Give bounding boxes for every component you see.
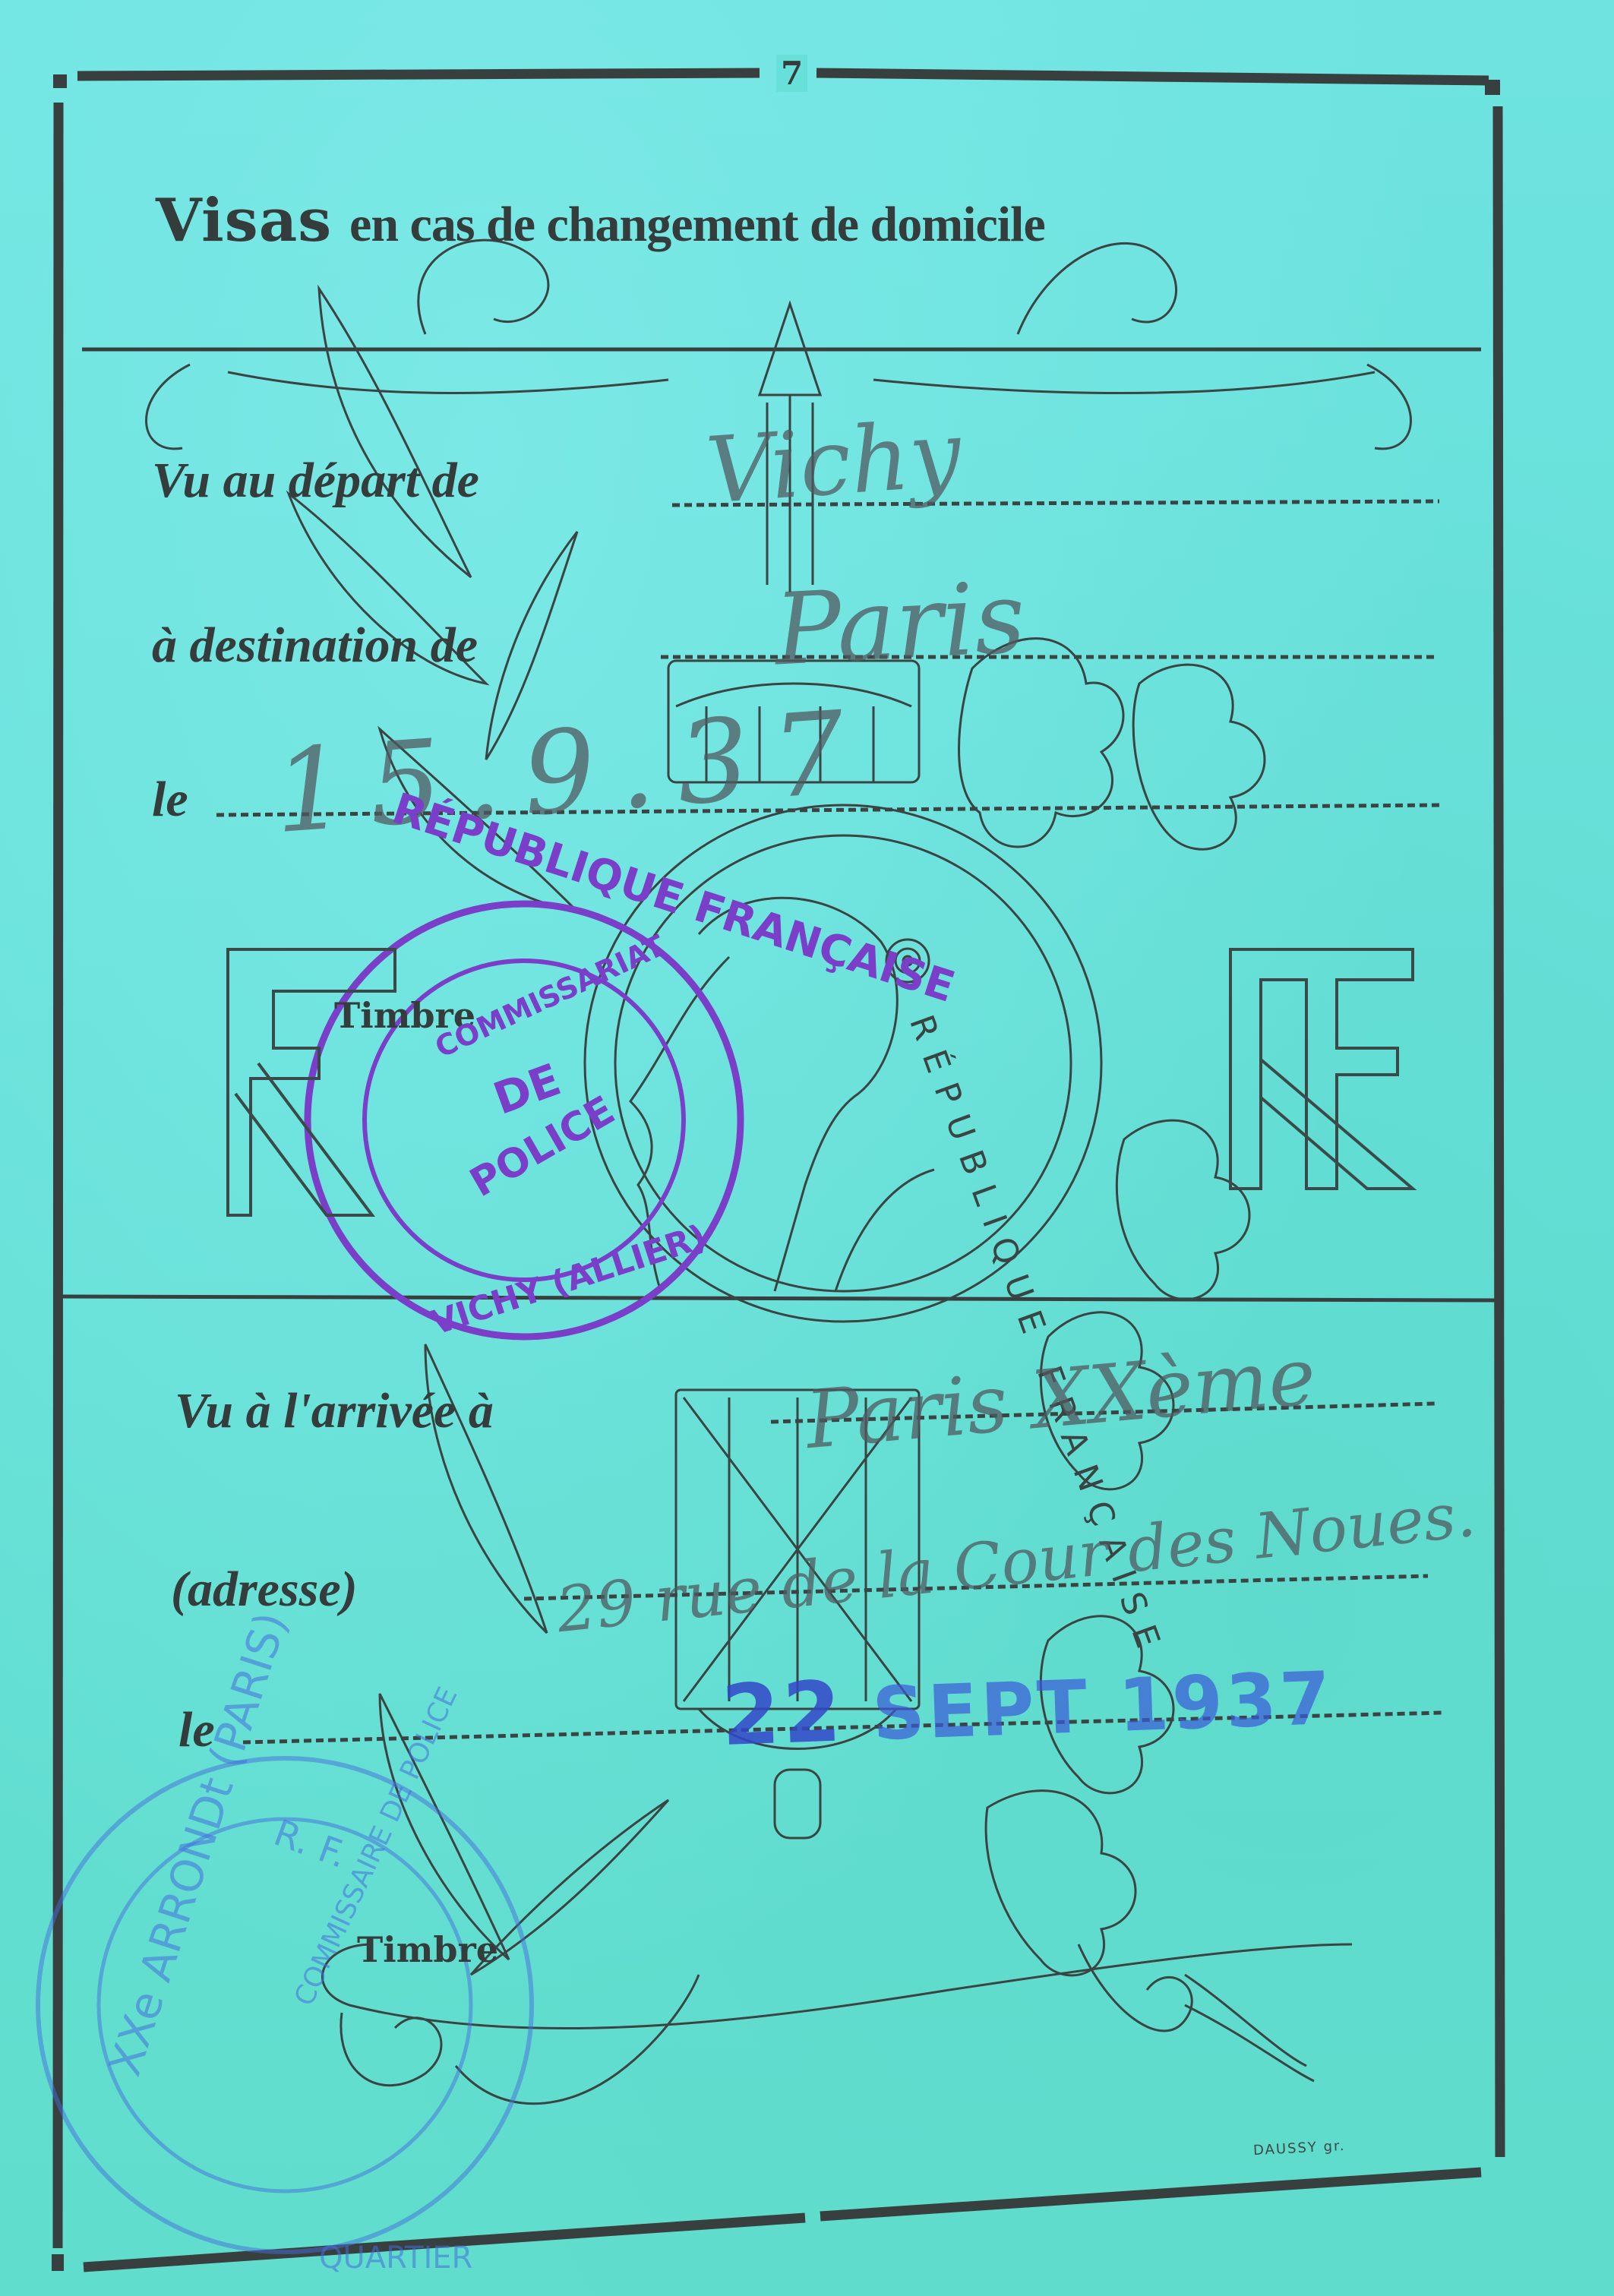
field-label-destination: à destination de bbox=[152, 617, 478, 674]
date-stamp-month-year: SEPT 1937 bbox=[871, 1656, 1335, 1757]
handwritten-departure-city: Vichy bbox=[703, 401, 965, 524]
title-emphasis: Visas bbox=[156, 186, 332, 255]
field-label-departure-date: le bbox=[152, 771, 188, 829]
title-rest: en cas de changement de domicile bbox=[349, 197, 1045, 252]
handwritten-destination-city: Paris bbox=[772, 559, 1028, 687]
date-stamp-day: 22 bbox=[720, 1663, 845, 1764]
stamp-label-arrival: Timbre bbox=[357, 1929, 498, 1970]
page-number: 7 bbox=[776, 55, 807, 92]
document-page: 7 Visas en cas de changement de domicile… bbox=[0, 0, 1614, 2296]
page-frame bbox=[52, 73, 1500, 2271]
paris-stamp-bottom-text: QUARTIER bbox=[319, 2241, 472, 2275]
page-title: Visas en cas de changement de domicile bbox=[156, 186, 1045, 255]
field-label-address: (adresse) bbox=[171, 1561, 358, 1619]
field-label-arrival: Vu à l'arrivée à bbox=[175, 1382, 494, 1440]
field-label-departure: Vu au départ de bbox=[152, 452, 479, 510]
